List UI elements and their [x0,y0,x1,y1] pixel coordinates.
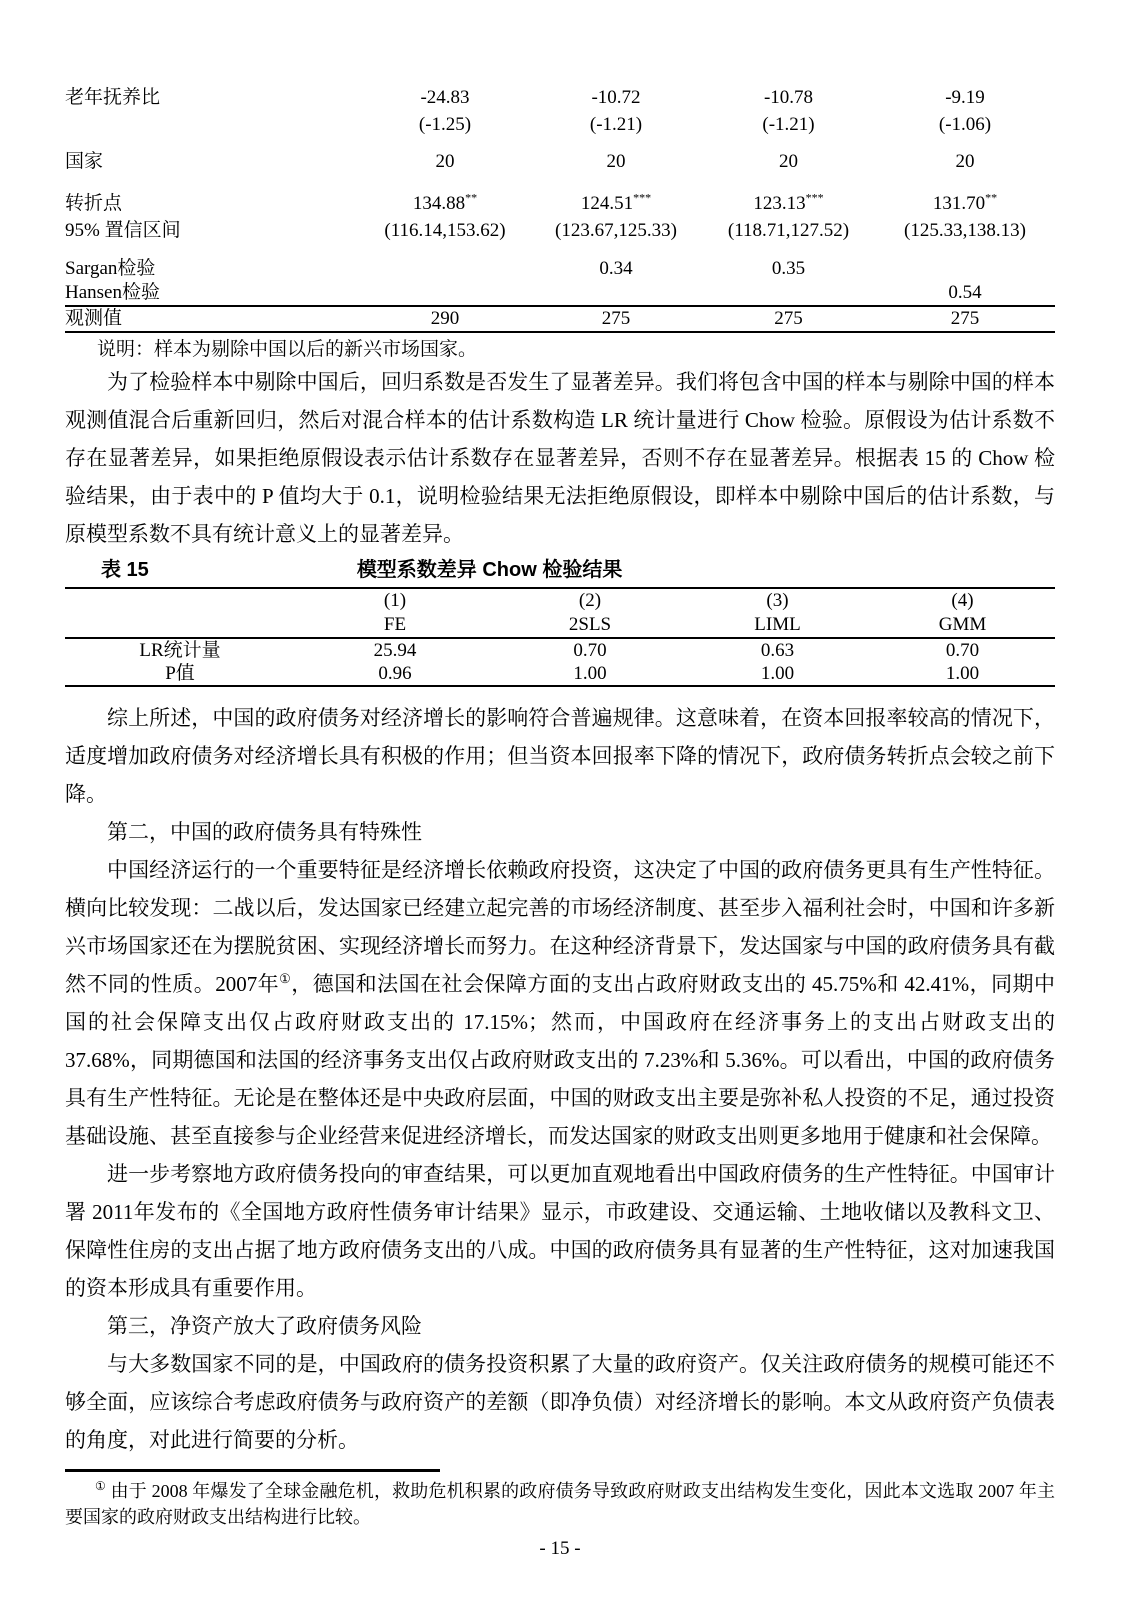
table-cell [530,281,702,305]
table-cell: (-1.21) [702,111,875,138]
footnote-marker: ① [95,1479,106,1493]
table-cell: 1.00 [495,662,685,685]
table-note: 说明：样本为剔除中国以后的新兴市场国家。 [97,337,1055,363]
row-label: 国家 [65,148,360,175]
table-rule [65,331,1055,333]
table-cell: 20 [530,148,702,175]
table-cell: (116.14,153.62) [360,217,530,244]
header-cell [65,613,295,637]
paper-page: 老年抚养比 -24.83 -10.72 -10.78 -9.19 (-1.25)… [0,0,1132,1601]
header-cell: (4) [870,589,1055,613]
page-content: 老年抚养比 -24.83 -10.72 -10.78 -9.19 (-1.25)… [65,0,1055,1560]
significance-stars: *** [633,191,651,205]
table-cell: 0.70 [870,639,1055,662]
header-cell: (3) [685,589,870,613]
table-cell: (-1.06) [875,111,1055,138]
chow-test-table: (1) (2) (3) (4) FE 2SLS LIML GMM LR统计量 2… [65,587,1055,687]
table-cell: 1.00 [685,662,870,685]
significance-stars: ** [985,191,997,205]
row-label: 观测值 [65,307,360,331]
header-cell [65,589,295,613]
paragraph-chow-test: 为了检验样本中剔除中国后，回归系数是否发生了显著差异。我们将包含中国的样本与剔除… [65,363,1055,553]
table-cell: 0.54 [875,281,1055,305]
table-row: LR统计量 25.94 0.70 0.63 0.70 [65,639,1055,662]
paragraph-audit-result: 进一步考察地方政府债务投向的审查结果，可以更加直观地看出中国政府债务的生产性特征… [65,1155,1055,1307]
table-cell [360,257,530,281]
paragraph-productive-debt: 中国经济运行的一个重要特征是经济增长依赖政府投资，这决定了中国的政府债务更具有生… [65,851,1055,1155]
heading-third-point: 第三，净资产放大了政府债务风险 [65,1307,1055,1345]
table-cell: -10.72 [530,84,702,111]
row-label: 95% 置信区间 [65,217,360,244]
table-rule [65,685,1055,687]
table-cell: 0.35 [702,257,875,281]
table-cell: 0.34 [530,257,702,281]
table-cell: 20 [875,148,1055,175]
table-cell: 275 [702,307,875,331]
row-label: 老年抚养比 [65,84,360,111]
row-label: LR统计量 [65,639,295,662]
table-cell: (-1.21) [530,111,702,138]
table-cell: 131.70** [875,190,1055,217]
table-cell: (123.67,125.33) [530,217,702,244]
row-label: Hansen检验 [65,281,360,305]
table-cell: 275 [530,307,702,331]
table-cell: 0.70 [495,639,685,662]
footnote-text: 由于 2008 年爆发了全球金融危机，救助危机积累的政府债务导致政府财政支出结构… [65,1481,1055,1527]
table-cell: 134.88** [360,190,530,217]
table-cell: 1.00 [870,662,1055,685]
table-cell: -9.19 [875,84,1055,111]
footnote-separator [65,1469,440,1472]
table-row: 转折点 134.88** 124.51*** 123.13*** 131.70*… [65,190,1055,217]
row-label: P值 [65,662,295,685]
regression-table: 老年抚养比 -24.83 -10.72 -10.78 -9.19 (-1.25)… [65,84,1055,333]
header-cell: (2) [495,589,685,613]
table-cell: (125.33,138.13) [875,217,1055,244]
paragraph-text: ，德国和法国在社会保障方面的支出占政府财政支出的 45.75%和 42.41%，… [65,972,1055,1148]
table-row: Sargan检验 0.34 0.35 [65,257,1055,281]
table-row: 国家 20 20 20 20 [65,148,1055,175]
footnote-marker: ① [279,971,291,986]
table15-caption: 表 15 模型系数差异 Chow 检验结果 [65,557,1055,583]
header-cell: GMM [870,613,1055,637]
table-cell: 275 [875,307,1055,331]
paragraph-summary: 综上所述，中国的政府债务对经济增长的影响符合普遍规律。这意味着，在资本回报率较高… [65,699,1055,813]
header-cell: 2SLS [495,613,685,637]
table-cell: 123.13*** [702,190,875,217]
table-cell: (-1.25) [360,111,530,138]
header-cell: (1) [295,589,495,613]
table-cell: 25.94 [295,639,495,662]
table-row: (-1.25) (-1.21) (-1.21) (-1.06) [65,111,1055,138]
table-cell [702,281,875,305]
table-cell: 124.51*** [530,190,702,217]
table-cell: 290 [360,307,530,331]
table-row: Hansen检验 0.54 [65,281,1055,305]
header-cell: LIML [685,613,870,637]
table-cell [360,281,530,305]
significance-stars: *** [806,191,824,205]
table-cell: -10.78 [702,84,875,111]
header-cell: FE [295,613,495,637]
table-cell: 0.63 [685,639,870,662]
row-label: Sargan检验 [65,257,360,281]
significance-stars: ** [465,191,477,205]
footnote: ① 由于 2008 年爆发了全球金融危机，救助危机积累的政府债务导致政府财政支出… [65,1478,1055,1530]
table-cell: 0.96 [295,662,495,685]
table-row: 观测值 290 275 275 275 [65,307,1055,331]
table-cell: 20 [702,148,875,175]
table-cell [875,257,1055,281]
table15-title: 模型系数差异 Chow 检验结果 [357,557,623,583]
row-label: 转折点 [65,190,360,217]
table15-number: 表 15 [101,557,149,583]
table-cell: 20 [360,148,530,175]
heading-second-point: 第二，中国的政府债务具有特殊性 [65,813,1055,851]
table-cell: (118.71,127.52) [702,217,875,244]
paragraph-net-assets: 与大多数国家不同的是，中国政府的债务投资积累了大量的政府资产。仅关注政府债务的规… [65,1345,1055,1459]
table-header-row: (1) (2) (3) (4) [65,589,1055,613]
table-row: P值 0.96 1.00 1.00 1.00 [65,662,1055,685]
row-label [65,111,360,138]
table-header-row: FE 2SLS LIML GMM [65,613,1055,637]
table-row: 老年抚养比 -24.83 -10.72 -10.78 -9.19 [65,84,1055,111]
table-cell: -24.83 [360,84,530,111]
page-number: - 15 - [65,1538,1055,1560]
table-row: 95% 置信区间 (116.14,153.62) (123.67,125.33)… [65,217,1055,244]
